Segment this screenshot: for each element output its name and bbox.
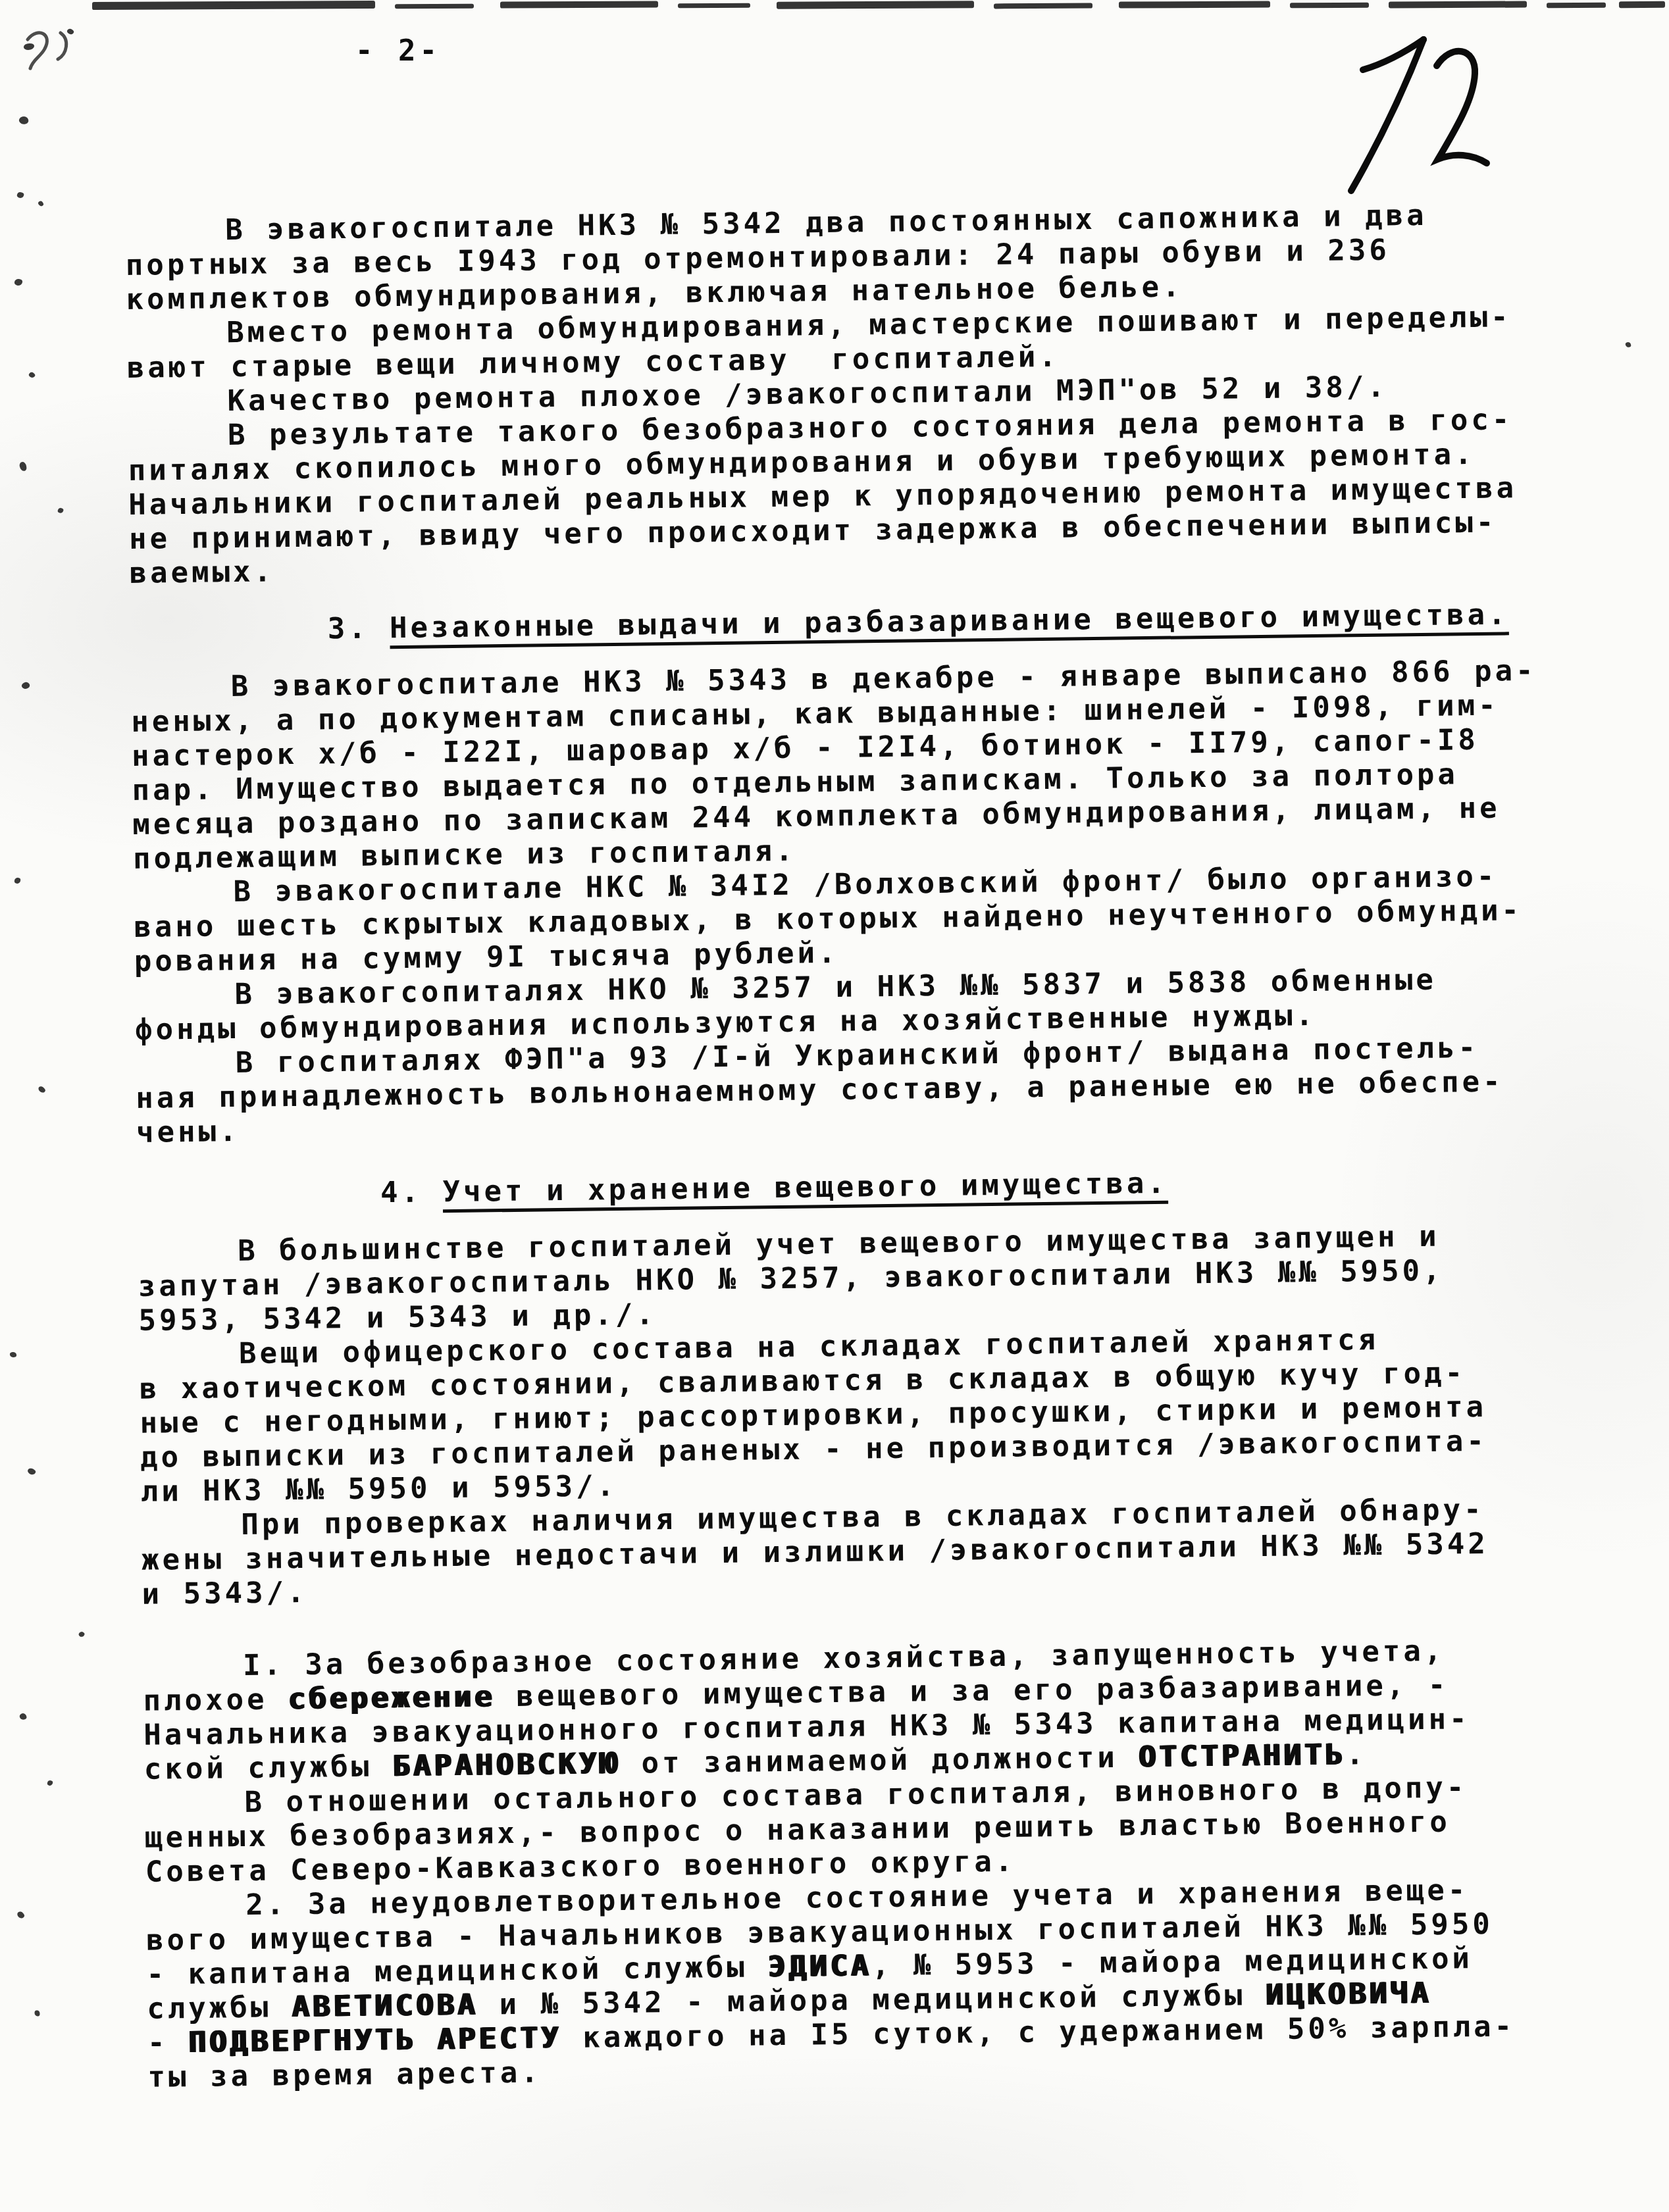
- scan-artifact: [19, 461, 27, 472]
- scan-artifact: [20, 681, 30, 690]
- scan-artifact: [38, 1085, 46, 1094]
- scan-artifact: [57, 507, 64, 515]
- scan-artifact: [34, 2010, 39, 2016]
- scan-artifact: [16, 191, 25, 199]
- scan-artifact: [1389, 1, 1527, 8]
- scan-artifact: [1547, 3, 1606, 8]
- scan-artifact: [14, 877, 20, 884]
- scan-artifact: [92, 1, 375, 10]
- document-page: - 2- В эвакогоспитале НКЗ № 5342 два пос…: [0, 0, 1669, 2212]
- scan-artifact: [395, 4, 474, 9]
- scan-artifact: [14, 278, 23, 286]
- document-text: В эвакогоспитале НКЗ № 5342 два постоянн…: [125, 196, 1669, 2095]
- heading-number: 4.: [380, 1175, 443, 1209]
- scan-artifact: [16, 1910, 26, 1919]
- scan-artifact: [10, 1351, 17, 1357]
- scan-artifact: [994, 3, 1092, 9]
- scan-artifact: [27, 1467, 37, 1476]
- scan-artifact: [1619, 1, 1665, 8]
- scan-artifact: [47, 1780, 53, 1786]
- pencil-squiggle: [14, 20, 87, 99]
- scan-artifact: [678, 3, 750, 9]
- scan-artifact: [18, 1712, 27, 1721]
- scan-artifact: [777, 1, 974, 9]
- heading-number: 3.: [327, 611, 390, 645]
- handwritten-mark: [1320, 34, 1517, 199]
- scan-artifact: [78, 1630, 85, 1638]
- scan-artifact: [1119, 1, 1270, 8]
- handwritten-mark-strokes: [1320, 34, 1517, 199]
- scan-artifact: [28, 371, 36, 379]
- page-number: - 2-: [355, 34, 441, 68]
- scan-artifact: [500, 1, 658, 8]
- scan-artifact: [18, 115, 30, 125]
- scan-artifact: [1290, 3, 1369, 9]
- scan-artifact: [38, 200, 44, 207]
